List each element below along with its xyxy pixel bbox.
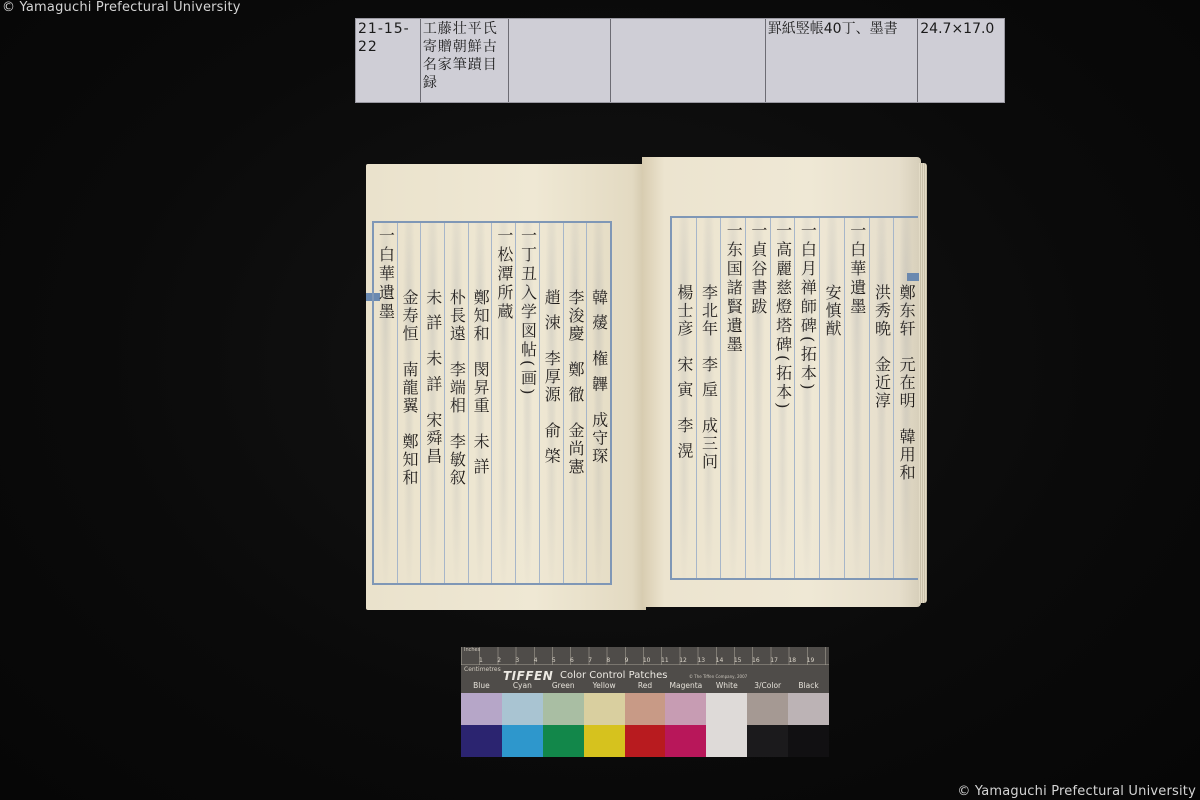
entry-heading: 一白華遺墨	[848, 222, 866, 317]
ruler-cm-tick: 18	[788, 657, 806, 664]
entry-names: 李北年 李 垕 成三问	[700, 284, 718, 471]
entry-names: 金寿恒 南龍翼 鄭知和	[400, 289, 418, 487]
ruler-cm-tick: 9	[625, 657, 643, 664]
entry-names: 楊士彦 宋 寅 李 滉	[675, 284, 693, 460]
ruled-column: 洪秀晩 金近淳	[869, 218, 894, 578]
patch-dark	[543, 725, 584, 757]
patch-light	[788, 693, 829, 725]
entry-heading: 一东国諸賢遺墨	[724, 222, 742, 355]
copyright-credit-bottom: © Yamaguchi Prefectural University	[957, 784, 1196, 799]
ruled-column: 一白華遺墨	[844, 218, 869, 578]
right-page-ruled-frame: 鄭东轩 元在明 韓用和洪秀晩 金近淳一白華遺墨安慎猷一白月禅師碑(拓本)一高麗慈…	[670, 216, 918, 580]
patch-dark	[706, 725, 747, 757]
patch-light	[665, 693, 706, 725]
ruler-cm-tick: 1	[479, 657, 497, 664]
color-patch-yellow	[584, 693, 625, 757]
ruled-column: 未 詳 未 詳 宋舜昌	[420, 223, 444, 583]
right-page: 鄭东轩 元在明 韓用和洪秀晩 金近淳一白華遺墨安慎猷一白月禅師碑(拓本)一高麗慈…	[642, 157, 921, 607]
entry-heading: 一丁丑入学図帖(画)	[519, 227, 537, 397]
patch-dark	[461, 725, 502, 757]
ruled-column: 韓 蕿 権 韠 成守琛	[586, 223, 610, 583]
entry-heading: 一松潭所蔵	[495, 227, 513, 322]
patch-dark	[584, 725, 625, 757]
color-patch-blue	[461, 693, 502, 757]
entry-names: 鄭知和 閔昇重 未 詳	[471, 289, 489, 476]
patch-light	[747, 693, 788, 725]
open-manuscript-book: 韓 蕿 権 韠 成守琛李浚慶 鄭 徹 金尚憲趙 涑 李厚源 俞 棨一丁丑入学図帖…	[366, 157, 921, 612]
left-page-ruled-frame: 韓 蕿 権 韠 成守琛李浚慶 鄭 徹 金尚憲趙 涑 李厚源 俞 棨一丁丑入学図帖…	[372, 221, 612, 585]
entry-heading: 一高麗慈燈塔碑(拓本)	[774, 222, 792, 411]
ruled-column: 鄭东轩 元在明 韓用和	[893, 218, 918, 578]
ruled-column: 一东国諸賢遺墨	[720, 218, 745, 578]
ruler-cm-tick: 5	[552, 657, 570, 664]
entry-names: 未 詳 未 詳 宋舜昌	[424, 289, 442, 465]
patch-label: Yellow	[584, 681, 625, 693]
ruled-column: 一丁丑入学図帖(画)	[515, 223, 539, 583]
patch-labels: BlueCyanGreenYellowRedMagentaWhite3/Colo…	[461, 681, 829, 693]
patch-dark	[502, 725, 543, 757]
color-patch-black	[788, 693, 829, 757]
entry-names: 朴長遠 李端相 李敏叙	[447, 289, 465, 487]
patch-label: 3/Color	[747, 681, 788, 693]
page-edges	[919, 163, 927, 603]
bleed-through-ink	[820, 218, 844, 578]
ruler-cm-tick: 7	[588, 657, 606, 664]
patch-light	[625, 693, 666, 725]
ruled-column: 一貞谷書跋	[745, 218, 770, 578]
ruled-column: 一白華遺墨	[374, 223, 397, 583]
catalog-title-cell: 工藤壮平氏寄贈朝鮮古名家筆蹟目録	[421, 19, 509, 102]
ruled-column: 安慎猷	[819, 218, 844, 578]
patch-label: Magenta	[665, 681, 706, 693]
entry-names: 韓 蕿 権 韠 成守琛	[590, 289, 608, 465]
entry-names: 洪秀晩 金近淳	[872, 284, 890, 410]
entry-names: 鄭东轩 元在明 韓用和	[897, 284, 915, 482]
ruled-column: 朴長遠 李端相 李敏叙	[444, 223, 468, 583]
color-patch-red	[625, 693, 666, 757]
patch-light	[706, 693, 747, 725]
entry-heading: 一貞谷書跋	[749, 222, 767, 317]
color-patch-cyan	[502, 693, 543, 757]
patch-dark	[788, 725, 829, 757]
ruler-cm-tick: 16	[752, 657, 770, 664]
ruler-cm-tick: 4	[534, 657, 552, 664]
color-patch-white	[706, 693, 747, 757]
color-patch-magenta	[665, 693, 706, 757]
ruled-column: 鄭知和 閔昇重 未 詳	[468, 223, 492, 583]
patch-dark	[625, 725, 666, 757]
patch-light	[543, 693, 584, 725]
entry-heading: 一白月禅師碑(拓本)	[798, 222, 816, 392]
ruled-column: 李浚慶 鄭 徹 金尚憲	[563, 223, 587, 583]
catalog-empty-cell-2	[611, 19, 766, 102]
ruled-column: 趙 涑 李厚源 俞 棨	[539, 223, 563, 583]
measurement-ruler: Inches 12345678910111213141516171819	[461, 647, 829, 665]
color-patches	[461, 693, 829, 757]
ruled-column: 一高麗慈燈塔碑(拓本)	[770, 218, 795, 578]
chart-title: Color Control Patches	[560, 670, 667, 681]
patch-label: White	[706, 681, 747, 693]
patch-label: Blue	[461, 681, 502, 693]
entry-names: 趙 涑 李厚源 俞 棨	[542, 289, 560, 465]
ruler-cm-tick: 17	[770, 657, 788, 664]
color-patch-3-color	[747, 693, 788, 757]
catalog-label-table: 21-15-22 工藤壮平氏寄贈朝鮮古名家筆蹟目録 罫紙竪帳40丁、墨書 24.…	[355, 18, 1005, 103]
ruled-column: 金寿恒 南龍翼 鄭知和	[397, 223, 421, 583]
ruler-cm-tick: 3	[515, 657, 533, 664]
ruled-column: 一白月禅師碑(拓本)	[794, 218, 819, 578]
entry-heading: 一白華遺墨	[376, 227, 394, 322]
ruler-cm-numbers: 12345678910111213141516171819	[479, 657, 825, 664]
left-page: 韓 蕿 権 韠 成守琛李浚慶 鄭 徹 金尚憲趙 涑 李厚源 俞 棨一丁丑入学図帖…	[366, 164, 646, 610]
catalog-format-cell: 罫紙竪帳40丁、墨書	[766, 19, 919, 102]
ruler-cm-tick: 8	[606, 657, 624, 664]
patch-label: Black	[788, 681, 829, 693]
color-patch-green	[543, 693, 584, 757]
ruler-cm-tick: 12	[679, 657, 697, 664]
patch-label: Red	[625, 681, 666, 693]
entry-names: 李浚慶 鄭 徹 金尚憲	[566, 289, 584, 476]
catalog-empty-cell-1	[509, 19, 612, 102]
ruled-column: 一松潭所蔵	[491, 223, 515, 583]
patch-light	[502, 693, 543, 725]
ruler-cm-tick: 11	[661, 657, 679, 664]
color-control-chart: Inches 12345678910111213141516171819 Cen…	[461, 647, 829, 757]
patch-dark	[747, 725, 788, 757]
ruler-unit-cm: Centimetres	[464, 666, 501, 673]
catalog-size-cell: 24.7×17.0	[918, 19, 1004, 102]
ruler-unit-inches: Inches	[464, 647, 480, 653]
ruler-cm-tick: 2	[497, 657, 515, 664]
patch-label: Green	[543, 681, 584, 693]
patch-label: Cyan	[502, 681, 543, 693]
ruler-cm-tick: 19	[807, 657, 825, 664]
patch-light	[584, 693, 625, 725]
ruler-cm-tick: 10	[643, 657, 661, 664]
patch-dark	[665, 725, 706, 757]
ruler-cm-tick: 14	[716, 657, 734, 664]
ruled-column: 楊士彦 宋 寅 李 滉	[672, 218, 696, 578]
patch-light	[461, 693, 502, 725]
copyright-credit-top: © Yamaguchi Prefectural University	[2, 0, 241, 15]
ruler-cm-tick: 6	[570, 657, 588, 664]
ruler-cm-tick: 15	[734, 657, 752, 664]
chart-copyright: © The Tiffen Company, 2007	[689, 674, 747, 679]
entry-names: 安慎猷	[823, 284, 841, 338]
ruled-column: 李北年 李 垕 成三问	[696, 218, 721, 578]
ruler-cm-tick: 13	[697, 657, 715, 664]
catalog-id-cell: 21-15-22	[356, 19, 421, 102]
